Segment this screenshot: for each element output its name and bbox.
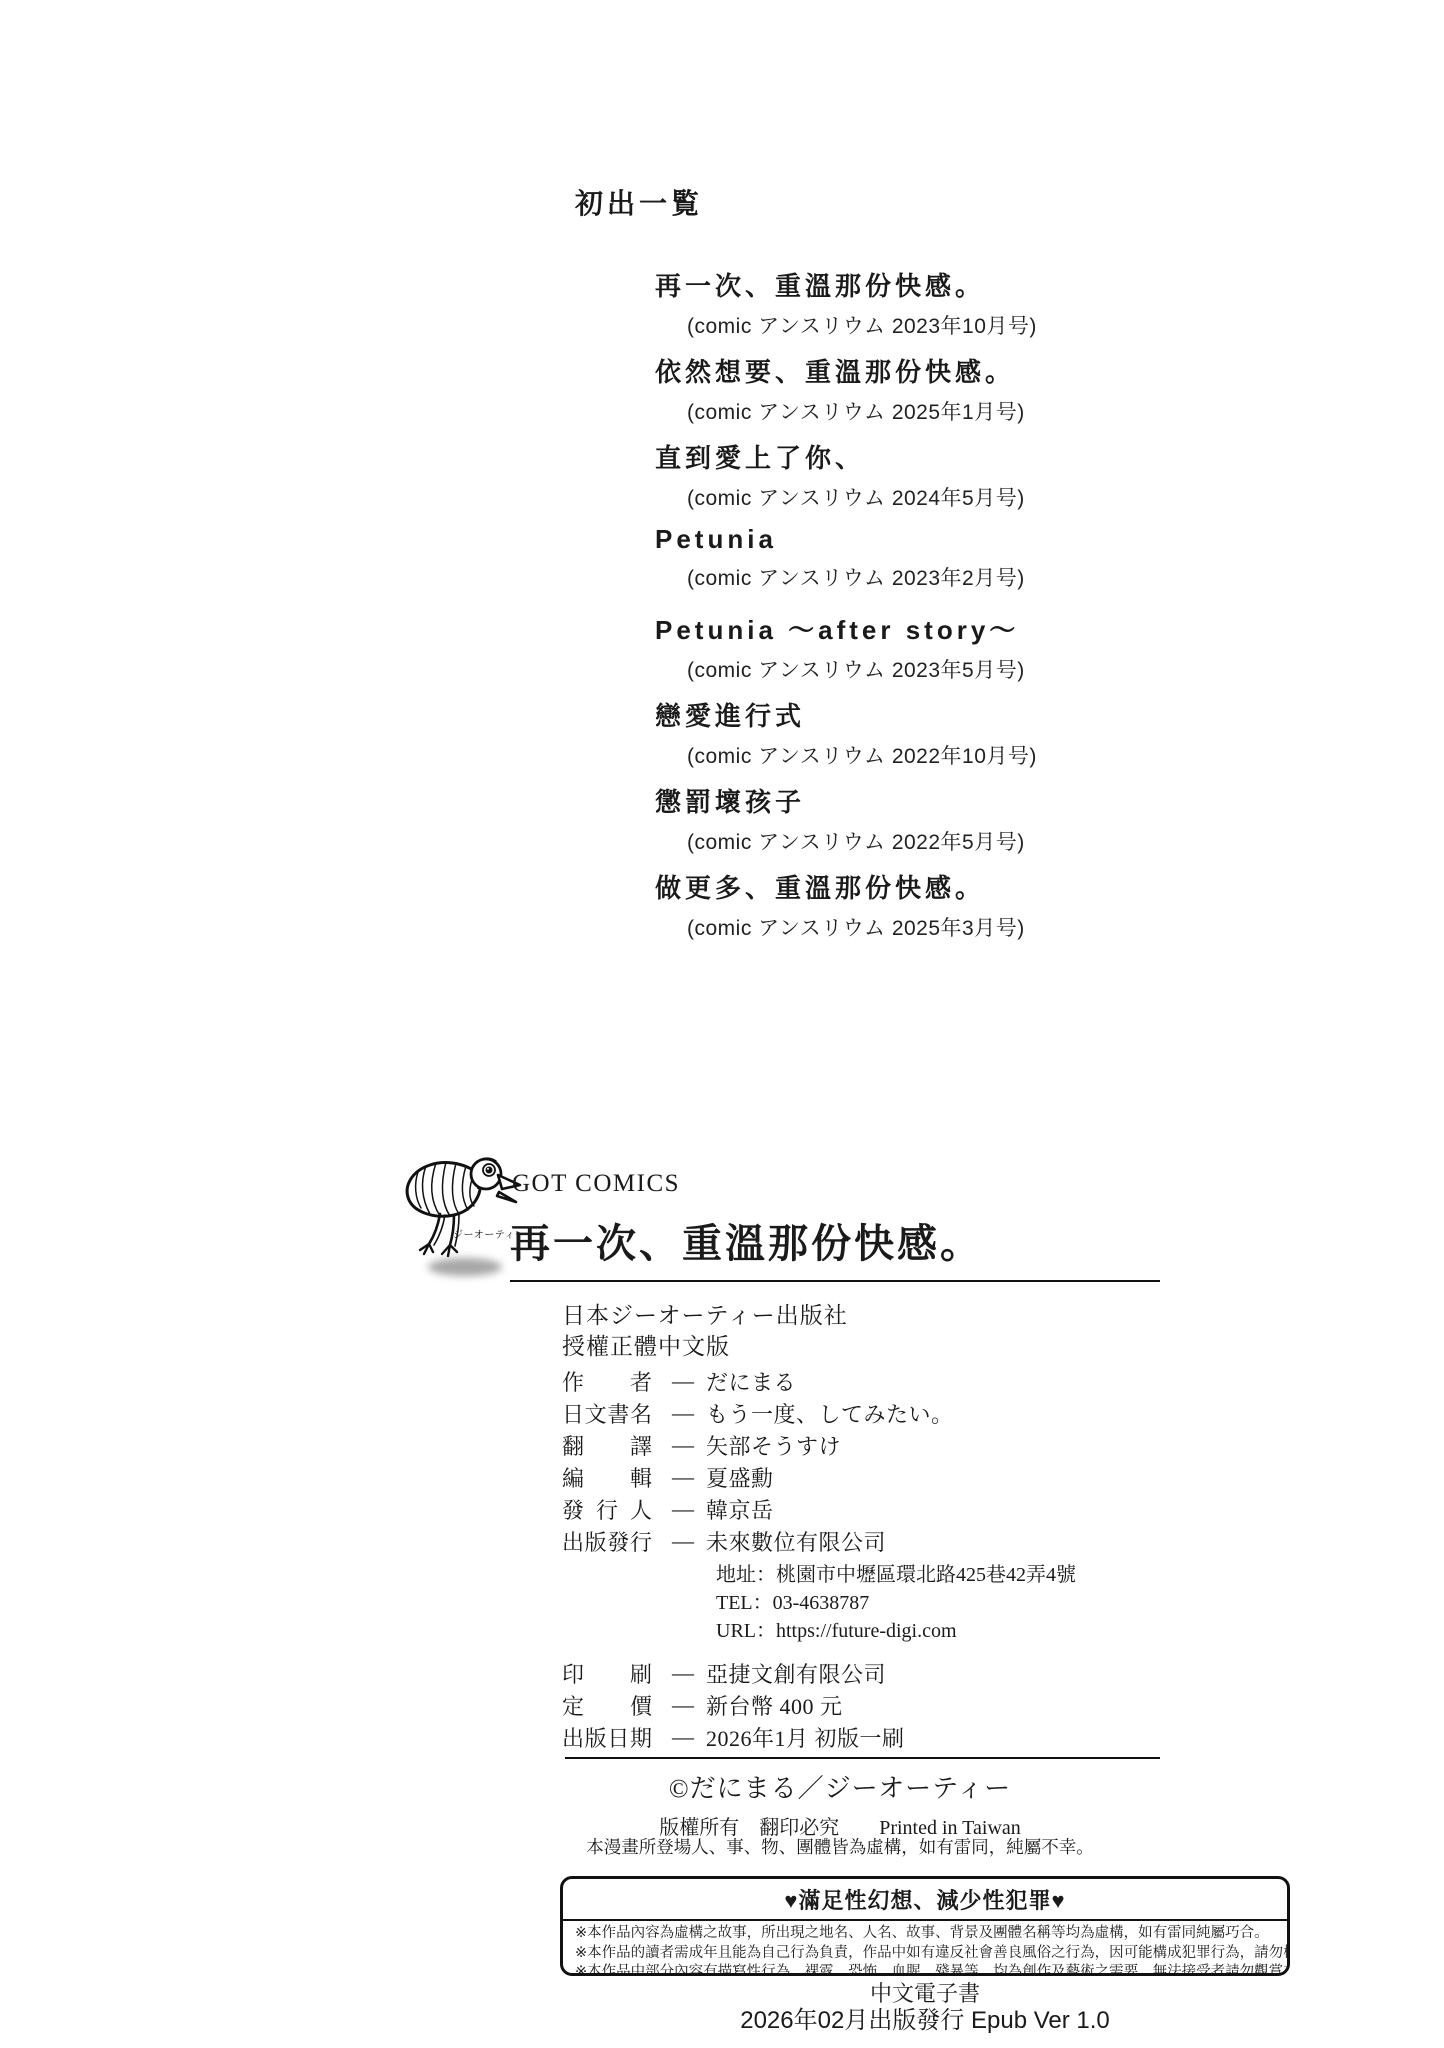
disclaimer-line: 本漫畫所登場人、事、物、團體皆為虛構，如有雷同，純屬不幸。 xyxy=(510,1834,1170,1859)
publisher-detail-line: URL：https://future-digi.com xyxy=(716,1614,1076,1642)
colophon-row-label: 定價 xyxy=(562,1690,652,1721)
publication-entry: 懲罰壞孩子(comic アンスリウム 2022年5月号) xyxy=(655,782,1037,868)
colophon-row-value: 2026年1月 初版一刷 xyxy=(706,1722,905,1753)
colophon-row-value: 韓京岳 xyxy=(706,1494,774,1525)
colophon-row-dash: — xyxy=(672,1400,706,1426)
colophon-row-value: だにまる xyxy=(706,1366,796,1397)
publication-entry-source: (comic アンスリウム 2022年10月号) xyxy=(687,740,1037,770)
credit-rows: 作者—だにまる日文書名—もう一度、してみたい。翻譯—矢部そうすけ編輯—夏盛勳發行… xyxy=(562,1365,954,1557)
colophon-page: 初出一覧 再一次、重溫那份快感。(comic アンスリウム 2023年10月号)… xyxy=(0,0,1444,2048)
notice-box: ♥滿足性幻想、減少性犯罪♥ ※本作品內容為虛構之故事，所出現之地名、人名、故事、… xyxy=(560,1876,1290,1976)
imprint-label: GOT COMICS xyxy=(512,1170,680,1198)
publication-entry-title: 再一次、重溫那份快感。 xyxy=(655,266,1037,303)
colophon-row-label: 作者 xyxy=(562,1366,652,1397)
footer-ebook-label: 中文電子書 xyxy=(560,1981,1290,2007)
colophon-row-value: 矢部そうすけ xyxy=(706,1430,841,1461)
colophon-row-value: もう一度、してみたい。 xyxy=(706,1398,954,1429)
publication-entry-source: (comic アンスリウム 2022年5月号) xyxy=(687,826,1037,856)
colophon-row-value: 未來數位有限公司 xyxy=(706,1526,886,1557)
publication-entry-source: (comic アンスリウム 2024年5月号) xyxy=(687,482,1037,512)
publication-entry-title: 懲罰壞孩子 xyxy=(655,782,1037,819)
colophon-row: 作者—だにまる xyxy=(562,1365,954,1397)
publication-entry: Petunia ～after story～(comic アンスリウム 2023年… xyxy=(655,610,1037,696)
publication-entry: Petunia(comic アンスリウム 2023年2月号) xyxy=(655,524,1037,610)
colophon-row-value: 新台幣 400 元 xyxy=(706,1690,843,1721)
colophon-row-value: 亞捷文創有限公司 xyxy=(706,1658,886,1689)
colophon-row-dash: — xyxy=(672,1724,706,1750)
notice-box-title: ♥滿足性幻想、減少性犯罪♥ xyxy=(563,1884,1287,1915)
publication-entry-title: Petunia xyxy=(655,524,1037,555)
colophon-row-value: 夏盛勳 xyxy=(706,1462,774,1493)
publication-entry-source: (comic アンスリウム 2025年3月号) xyxy=(687,912,1037,942)
colophon-row-label: 翻譯 xyxy=(562,1430,652,1461)
publisher-line: 授權正體中文版 xyxy=(562,1328,848,1359)
publication-entry-title: 直到愛上了你、 xyxy=(655,438,1037,475)
colophon-row-dash: — xyxy=(672,1464,706,1490)
publication-entry: 再一次、重溫那份快感。(comic アンスリウム 2023年10月号) xyxy=(655,266,1037,352)
colophon-row: 發行人—韓京岳 xyxy=(562,1493,954,1525)
colophon-row: 出版日期—2026年1月 初版一刷 xyxy=(562,1721,905,1753)
publication-entry-source: (comic アンスリウム 2023年2月号) xyxy=(687,562,1037,592)
publication-entry: 做更多、重溫那份快感。(comic アンスリウム 2025年3月号) xyxy=(655,868,1037,954)
colophon-row: 印刷—亞捷文創有限公司 xyxy=(562,1657,905,1689)
colophon-row: 日文書名—もう一度、してみたい。 xyxy=(562,1397,954,1429)
colophon-row-dash: — xyxy=(672,1528,706,1554)
notice-note-line: ※本作品中部分內容有描寫性行為、裸露、恐怖、血腥、殘暴等。均為創作及藝術之需要，… xyxy=(575,1963,1277,1976)
colophon-row: 編輯—夏盛勳 xyxy=(562,1461,954,1493)
publisher-line: 日本ジーオーティー出版社 xyxy=(562,1297,848,1328)
footer-release-info: 2026年02月出版發行 Epub Ver 1.0 xyxy=(560,2007,1290,2035)
publication-entry-source: (comic アンスリウム 2023年10月号) xyxy=(687,310,1037,340)
publisher-detail-line: TEL：03-4638787 xyxy=(716,1586,1076,1614)
colophon-row-dash: — xyxy=(672,1432,706,1458)
colophon-row-dash: — xyxy=(672,1496,706,1522)
notice-note-line: ※本作品內容為虛構之故事，所出現之地名、人名、故事、背景及團體名稱等均為虛構，如… xyxy=(575,1924,1277,1944)
copyright-line: ©だにまる／ジーオーティー xyxy=(510,1768,1170,1805)
colophon-row-label: 出版發行 xyxy=(562,1526,652,1557)
publication-entry-source: (comic アンスリウム 2025年1月号) xyxy=(687,396,1037,426)
publication-entry: 戀愛進行式(comic アンスリウム 2022年10月号) xyxy=(655,696,1037,782)
colophon-row-label: 發行人 xyxy=(562,1494,652,1525)
notice-box-notes: ※本作品內容為虛構之故事，所出現之地名、人名、故事、背景及團體名稱等均為虛構，如… xyxy=(563,1921,1287,1976)
book-title: 再一次、重溫那份快感。 xyxy=(510,1212,983,1269)
publication-entry: 依然想要、重溫那份快感。(comic アンスリウム 2025年1月号) xyxy=(655,352,1037,438)
publisher-details: 地址：桃園市中壢區環北路425巷42弄4號TEL：03-4638787URL：h… xyxy=(716,1558,1076,1642)
copyright-divider xyxy=(565,1757,1160,1759)
print-rows: 印刷—亞捷文創有限公司定價—新台幣 400 元出版日期—2026年1月 初版一刷 xyxy=(562,1657,905,1753)
notice-note-line: ※本作品的讀者需成年且能為自己行為負責，作品中如有違反社會善良風俗之行為，因可能… xyxy=(575,1944,1277,1964)
publisher-detail-line: 地址：桃園市中壢區環北路425巷42弄4號 xyxy=(716,1558,1076,1586)
publication-entry-title: 戀愛進行式 xyxy=(655,696,1037,733)
colophon-row-label: 編輯 xyxy=(562,1462,652,1493)
colophon-row: 定價—新台幣 400 元 xyxy=(562,1689,905,1721)
title-divider xyxy=(510,1280,1160,1282)
footer: 中文電子書 2026年02月出版發行 Epub Ver 1.0 xyxy=(560,1981,1290,2035)
publication-entry-source: (comic アンスリウム 2023年5月号) xyxy=(687,654,1037,684)
colophon-row-label: 印刷 xyxy=(562,1658,652,1689)
colophon-row: 出版發行—未來數位有限公司 xyxy=(562,1525,954,1557)
colophon-row-label: 出版日期 xyxy=(562,1722,652,1753)
colophon-row-dash: — xyxy=(672,1692,706,1718)
first-publication-heading: 初出一覧 xyxy=(575,182,703,222)
publication-entry-title: Petunia ～after story～ xyxy=(655,610,1037,647)
colophon-row-label: 日文書名 xyxy=(562,1398,652,1429)
publisher-lines: 日本ジーオーティー出版社授權正體中文版 xyxy=(562,1297,848,1359)
colophon-row: 翻譯—矢部そうすけ xyxy=(562,1429,954,1461)
publication-entry: 直到愛上了你、(comic アンスリウム 2024年5月号) xyxy=(655,438,1037,524)
publication-entry-title: 依然想要、重溫那份快感。 xyxy=(655,352,1037,389)
first-publication-list: 再一次、重溫那份快感。(comic アンスリウム 2023年10月号)依然想要、… xyxy=(655,266,1037,954)
colophon-row-dash: — xyxy=(672,1368,706,1394)
publication-entry-title: 做更多、重溫那份快感。 xyxy=(655,868,1037,905)
colophon-row-dash: — xyxy=(672,1660,706,1686)
